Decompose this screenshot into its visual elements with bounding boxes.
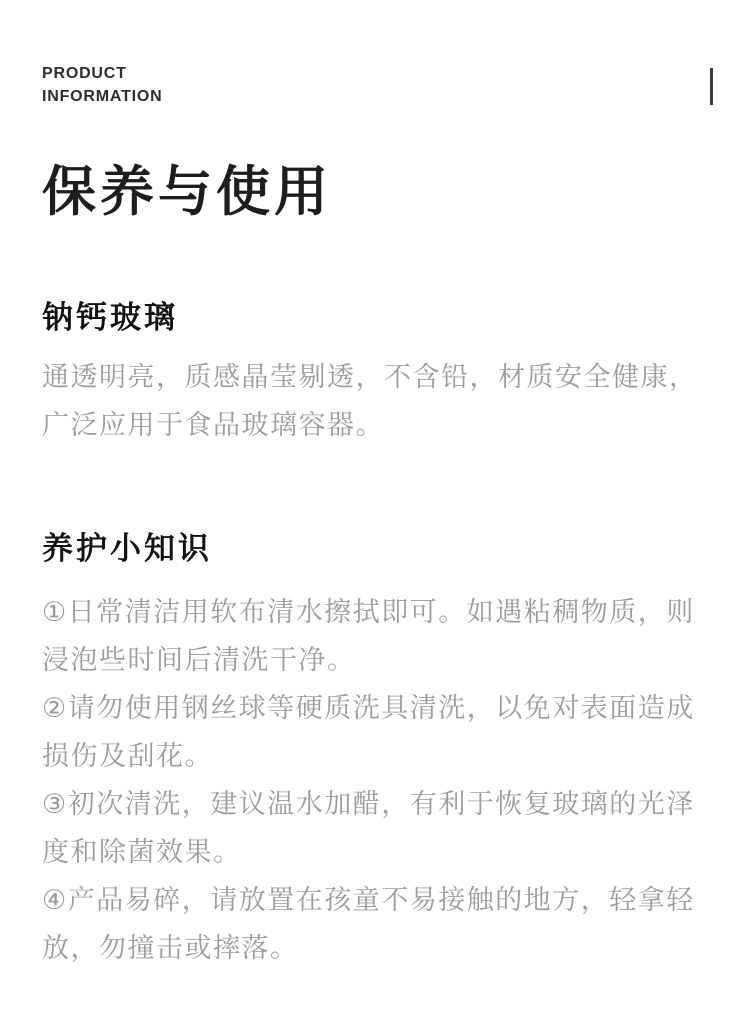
text-line: ②请勿使用钢丝球等硬质洗具清洗，以免对表面造成 (42, 684, 713, 732)
material-section-heading: 钠钙玻璃 (42, 302, 713, 333)
eyebrow-label: PRODUCT INFORMATION (42, 62, 713, 108)
text-line: 放，勿撞击或摔落。 (42, 924, 713, 972)
text-line: 广泛应用于食品玻璃容器。 (42, 401, 713, 449)
header-accent-line (710, 68, 713, 105)
text-line: ④产品易碎，请放置在孩童不易接触的地方，轻拿轻 (42, 876, 713, 924)
page-content: PRODUCT INFORMATION 保养与使用 钠钙玻璃 通透明亮，质感晶莹… (0, 0, 750, 972)
text-line: 通透明亮，质感晶莹剔透，不含铅，材质安全健康， (42, 353, 713, 401)
product-information-page: PRODUCT INFORMATION 保养与使用 钠钙玻璃 通透明亮，质感晶莹… (0, 0, 750, 1034)
text-line: 度和除菌效果。 (42, 828, 713, 876)
eyebrow-line-1: PRODUCT (42, 62, 713, 85)
care-tips-list: ①日常清洁用软布清水擦拭即可。如遇粘稠物质，则 浸泡些时间后清洗干净。 ②请勿使… (42, 588, 713, 972)
section-care-tips: 养护小知识 ①日常清洁用软布清水擦拭即可。如遇粘稠物质，则 浸泡些时间后清洗干净… (42, 533, 713, 972)
section-material: 钠钙玻璃 通透明亮，质感晶莹剔透，不含铅，材质安全健康， 广泛应用于食品玻璃容器… (42, 302, 713, 449)
material-description: 通透明亮，质感晶莹剔透，不含铅，材质安全健康， 广泛应用于食品玻璃容器。 (42, 353, 713, 449)
eyebrow-line-2: INFORMATION (42, 85, 713, 108)
tips-section-heading: 养护小知识 (42, 533, 713, 564)
text-line: 浸泡些时间后清洗干净。 (42, 636, 713, 684)
text-line: ①日常清洁用软布清水擦拭即可。如遇粘稠物质，则 (42, 588, 713, 636)
text-line: ③初次清洗，建议温水加醋，有利于恢复玻璃的光泽 (42, 780, 713, 828)
text-line: 损伤及刮花。 (42, 732, 713, 780)
page-title: 保养与使用 (42, 165, 713, 219)
